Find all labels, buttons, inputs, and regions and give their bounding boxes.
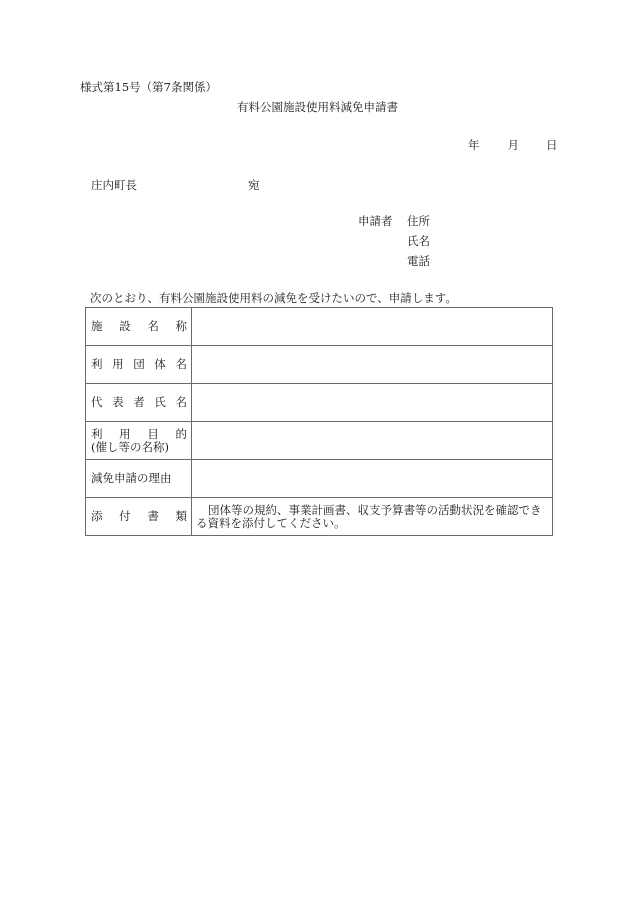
table-row-reduction-reason: 減免申請の理由 — [86, 460, 553, 498]
applicant-address-label: 住所 — [407, 214, 430, 234]
table-row-representative: 代表者氏名 — [86, 384, 553, 422]
table-row-facility-name: 施設名称 — [86, 308, 553, 346]
reduction-reason-field[interactable] — [192, 460, 553, 498]
user-group-field[interactable] — [192, 346, 553, 384]
user-group-label: 利用団体名 — [86, 346, 192, 384]
attachments-note: 団体等の規約、事業計画書、収支予算書等の活動状況を確認できる資料を添付してくださ… — [192, 498, 553, 536]
table-row-purpose: 利用目的(催し等の名称) — [86, 422, 553, 460]
reduction-reason-label: 減免申請の理由 — [86, 460, 192, 498]
date-day-label: 日 — [546, 138, 558, 152]
attachments-label: 添付書類 — [86, 498, 192, 536]
facility-name-field[interactable] — [192, 308, 553, 346]
representative-field[interactable] — [192, 384, 553, 422]
date-month-label: 月 — [508, 138, 520, 152]
table-row-attachments: 添付書類 団体等の規約、事業計画書、収支予算書等の活動状況を確認できる資料を添付… — [86, 498, 553, 536]
purpose-label: 利用目的(催し等の名称) — [86, 422, 192, 460]
form-number: 様式第15号（第7条関係） — [80, 80, 217, 94]
representative-label: 代表者氏名 — [86, 384, 192, 422]
table-row-user-group: 利用団体名 — [86, 346, 553, 384]
applicant-fields: 住所 氏名 電話 — [407, 214, 430, 274]
purpose-field[interactable] — [192, 422, 553, 460]
date-row: 年月日 — [468, 138, 558, 152]
applicant-name-label: 氏名 — [407, 234, 430, 254]
addressee-name: 庄内町長 — [91, 178, 137, 192]
applicant-label: 申請者 — [358, 214, 393, 228]
application-table: 施設名称 利用団体名 代表者氏名 利用目的(催し等の名称) 減免申請の理由 添付… — [85, 307, 553, 536]
intro-text: 次のとおり、有料公園施設使用料の減免を受けたいので、申請します。 — [90, 291, 457, 305]
addressee-suffix: 宛 — [248, 178, 260, 192]
facility-name-label: 施設名称 — [86, 308, 192, 346]
date-year-label: 年 — [468, 138, 480, 152]
document-title: 有料公園施設使用料減免申請書 — [237, 100, 398, 114]
purpose-sublabel: (催し等の名称) — [91, 441, 187, 454]
applicant-phone-label: 電話 — [407, 254, 430, 274]
